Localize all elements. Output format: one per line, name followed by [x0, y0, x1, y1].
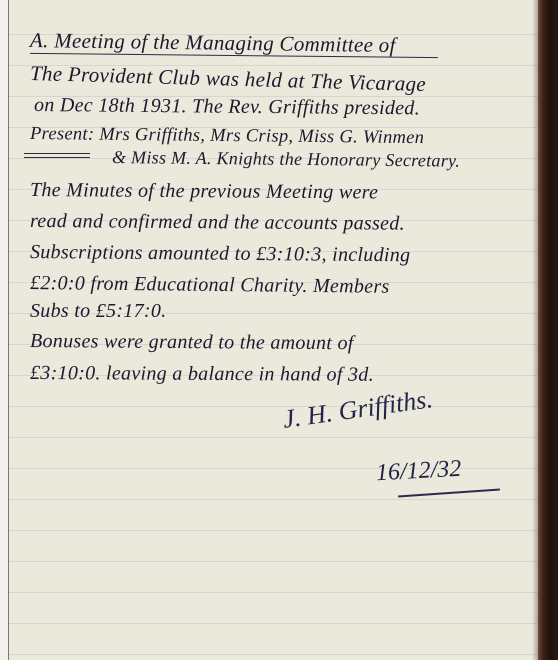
signature-underline — [398, 488, 500, 497]
minutes-line-12: £3:10:0. leaving a balance in hand of 3d… — [30, 362, 374, 387]
minutes-line-3: on Dec 18th 1931. The Rev. Griffiths pre… — [34, 94, 420, 120]
minutes-line-5: & Miss M. A. Knights the Honorary Secret… — [112, 147, 460, 172]
minute-book-page: A. Meeting of the Managing Committee of … — [0, 0, 538, 660]
minutes-line-4: Present: Mrs Griffiths, Mrs Crisp, Miss … — [30, 124, 425, 149]
double-rule-mark — [24, 153, 90, 158]
book-binding — [538, 0, 558, 660]
minutes-line-2: The Provident Club was held at The Vicar… — [30, 61, 427, 97]
minutes-line-11: Bonuses were granted to the amount of — [30, 330, 354, 355]
minutes-line-6: The Minutes of the previous Meeting were — [30, 179, 378, 204]
page-margin-edge — [0, 0, 9, 660]
minutes-line-8: Subscriptions amounted to £3:10:3, inclu… — [30, 241, 411, 267]
signature: J. H. Griffiths. — [281, 384, 435, 435]
signature-date: 16/12/32 — [375, 456, 462, 487]
minutes-line-7: read and confirmed and the accounts pass… — [30, 210, 405, 236]
minutes-line-10: Subs to £5:17:0. — [30, 300, 166, 323]
minutes-line-9: £2:0:0 from Educational Charity. Members — [30, 272, 390, 299]
